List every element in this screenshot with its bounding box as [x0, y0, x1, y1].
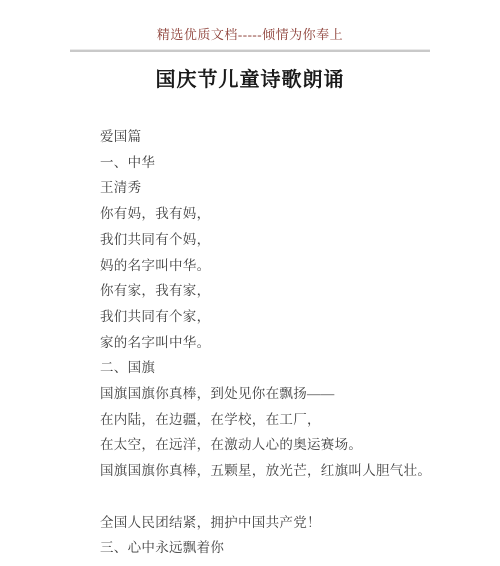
poem-line: 我们共同有个妈， [100, 227, 440, 253]
poem-line: 爱国篇 [100, 124, 440, 150]
poem-line: 全国人民团结紧，拥护中国共产党！ [100, 510, 440, 536]
poem-line: 家的名字叫中华。 [100, 330, 440, 356]
poem-line: 国旗国旗你真棒，到处见你在飘扬—— [100, 381, 440, 407]
poem-line: 在内陆，在边疆，在学校，在工厂， [100, 407, 440, 433]
poem-line: 三、心中永远飘着你 [100, 535, 440, 561]
poem-line: 二、国旗 [100, 355, 440, 381]
poem-line: 一、中华 [100, 150, 440, 176]
poem-line: 王清秀 [100, 175, 440, 201]
document-page: 精选优质文档-----倾情为你奉上 国庆节儿童诗歌朗诵 爱国篇一、中华王清秀你有… [0, 0, 500, 566]
poem-body: 爱国篇一、中华王清秀你有妈，我有妈，我们共同有个妈，妈的名字叫中华。你有家，我有… [100, 124, 440, 561]
poem-line: 你有家，我有家， [100, 278, 440, 304]
poem-line: 在太空，在远洋，在激动人心的奥运赛场。 [100, 432, 440, 458]
poem-line: 妈的名字叫中华。 [100, 253, 440, 279]
poem-line: 你有妈，我有妈， [100, 201, 440, 227]
header-divider-line [70, 50, 430, 52]
header-notice: 精选优质文档-----倾情为你奉上 [0, 0, 500, 43]
poem-line: 我们共同有个家， [100, 304, 440, 330]
page-title: 国庆节儿童诗歌朗诵 [0, 67, 500, 93]
poem-line: 国旗国旗你真棒，五颗星，放光芒，红旗叫人胆气壮。 [100, 458, 440, 484]
poem-blank-line [100, 484, 440, 510]
